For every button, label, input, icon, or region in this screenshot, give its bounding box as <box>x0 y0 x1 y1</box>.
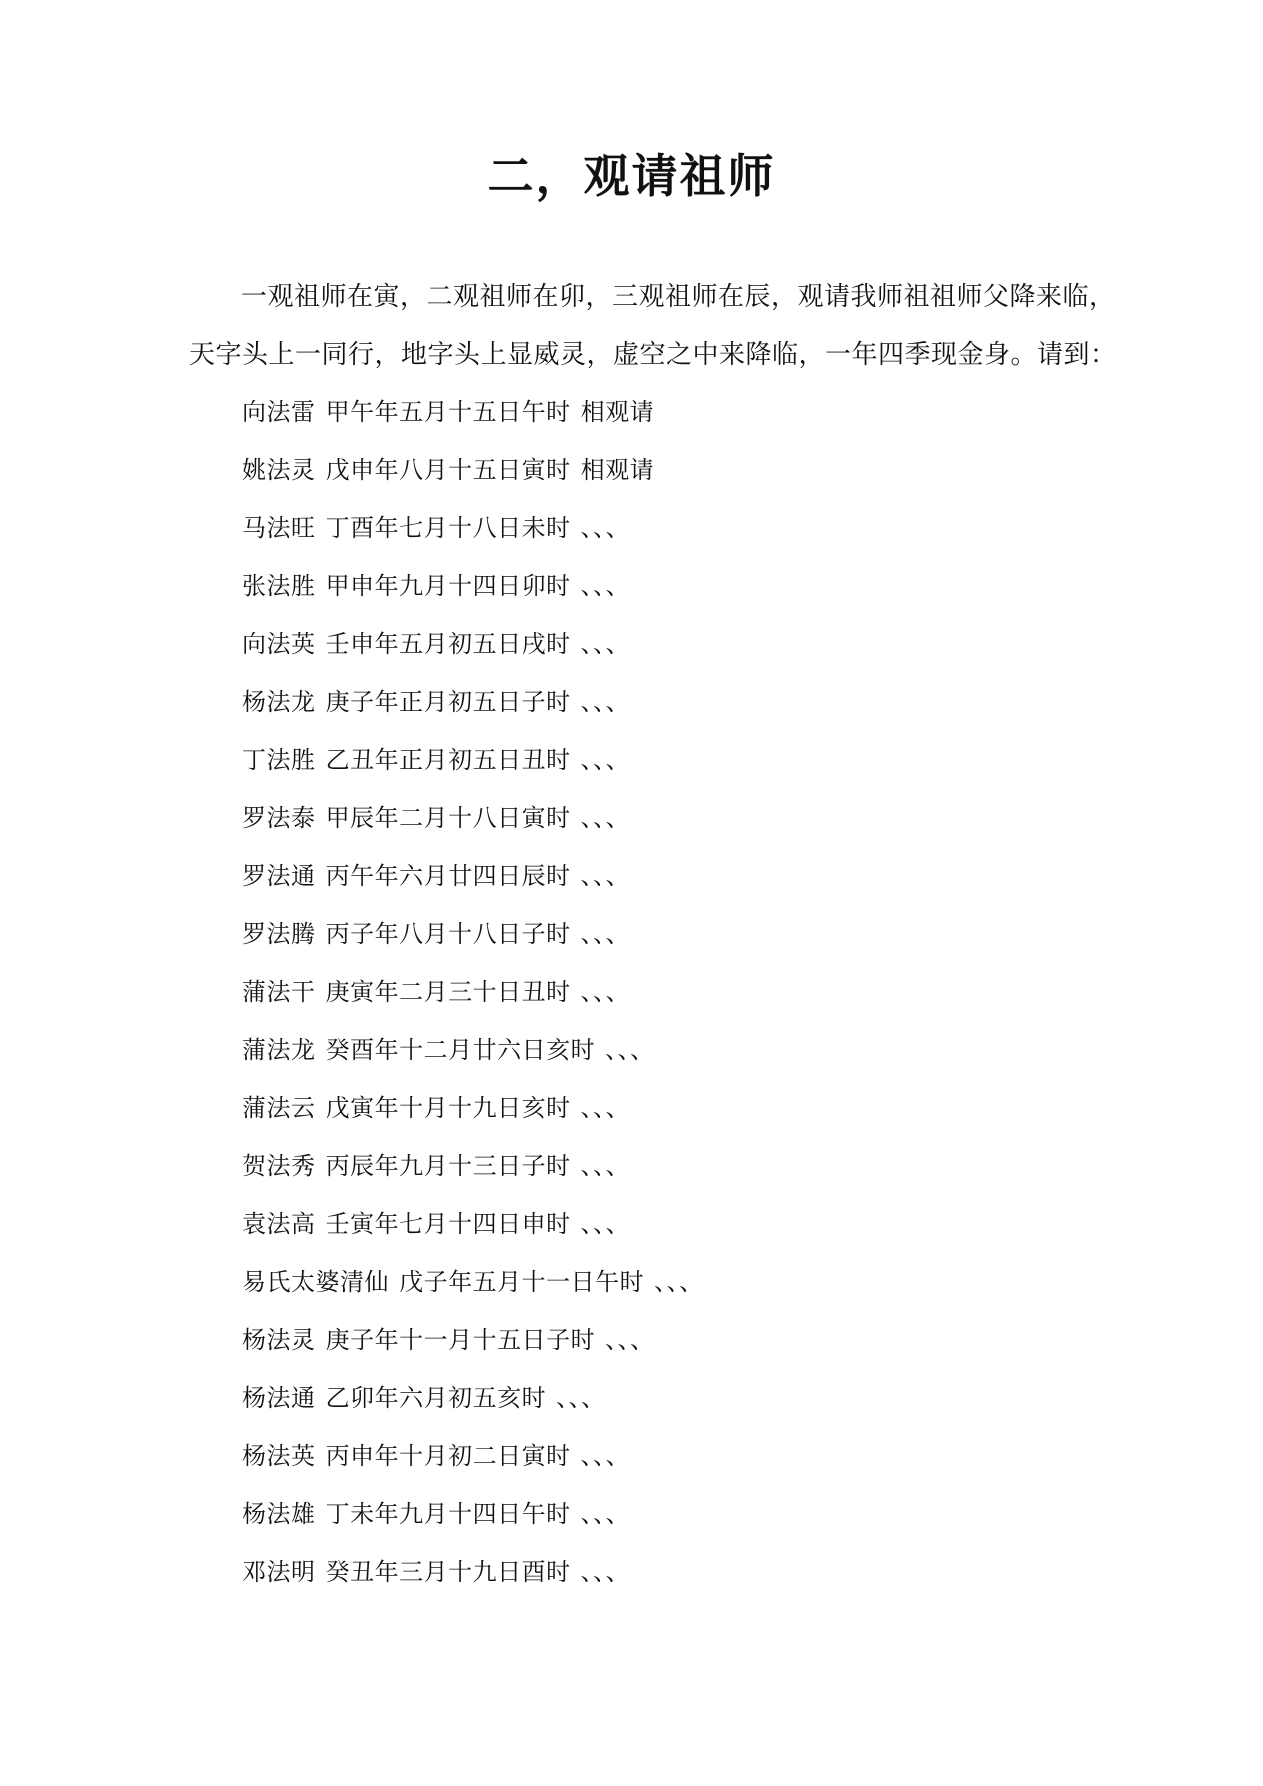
birth-datetime: 乙丑年正月初五日丑时 <box>326 748 571 774</box>
roster-entry: 杨法龙庚子年正月初五日子时、、、 <box>0 674 1263 732</box>
roster-list: 向法雷甲午年五月十五日午时相观请 姚法灵戊申年八月十五日寅时相观请 马法旺丁酉年… <box>0 384 1263 1602</box>
birth-datetime: 癸酉年十二月廿六日亥时 <box>326 1038 596 1064</box>
person-name: 杨法通 <box>242 1386 316 1412</box>
entry-note: 、、、 <box>581 922 631 948</box>
person-name: 罗法通 <box>242 864 316 890</box>
birth-datetime: 丙辰年九月十三日子时 <box>326 1154 571 1180</box>
roster-entry: 向法雷甲午年五月十五日午时相观请 <box>0 384 1263 442</box>
entry-note: 、、、 <box>581 1560 631 1586</box>
person-name: 易氏太婆清仙 <box>242 1270 389 1296</box>
person-name: 丁法胜 <box>242 748 316 774</box>
entry-note: 、、、 <box>581 806 631 832</box>
paragraph-line: 一观祖师在寅，二观祖师在卯，三观祖师在辰，观请我师祖祖师父降来临， <box>0 268 1263 326</box>
person-name: 杨法灵 <box>242 1328 316 1354</box>
person-name: 姚法灵 <box>242 458 316 484</box>
birth-datetime: 丙午年六月廿四日辰时 <box>326 864 571 890</box>
person-name: 罗法腾 <box>242 922 316 948</box>
birth-datetime: 丙子年八月十八日子时 <box>326 922 571 948</box>
person-name: 蒲法龙 <box>242 1038 316 1064</box>
birth-datetime: 甲申年九月十四日卯时 <box>326 574 571 600</box>
roster-entry: 罗法泰甲辰年二月十八日寅时、、、 <box>0 790 1263 848</box>
entry-note: 、、、 <box>605 1038 655 1064</box>
entry-note: 、、、 <box>581 1212 631 1238</box>
birth-datetime: 甲午年五月十五日午时 <box>326 400 571 426</box>
person-name: 向法雷 <box>242 400 316 426</box>
page-title: 二，观请祖师 <box>0 0 1263 212</box>
entry-note: 、、、 <box>581 1096 631 1122</box>
roster-entry: 袁法高壬寅年七月十四日申时、、、 <box>0 1196 1263 1254</box>
birth-datetime: 戊子年五月十一日午时 <box>399 1270 644 1296</box>
birth-datetime: 丙申年十月初二日寅时 <box>326 1444 571 1470</box>
roster-entry: 杨法灵庚子年十一月十五日子时、、、 <box>0 1312 1263 1370</box>
birth-datetime: 甲辰年二月十八日寅时 <box>326 806 571 832</box>
entry-note: 、、、 <box>654 1270 704 1296</box>
entry-note: 、、、 <box>581 632 631 658</box>
person-name: 贺法秀 <box>242 1154 316 1180</box>
person-name: 杨法英 <box>242 1444 316 1470</box>
roster-entry: 马法旺丁酉年七月十八日未时、、、 <box>0 500 1263 558</box>
entry-note: 、、、 <box>605 1328 655 1354</box>
birth-datetime: 丁未年九月十四日午时 <box>326 1502 571 1528</box>
entry-note: 、、、 <box>581 864 631 890</box>
roster-entry: 丁法胜乙丑年正月初五日丑时、、、 <box>0 732 1263 790</box>
person-name: 蒲法干 <box>242 980 316 1006</box>
person-name: 马法旺 <box>242 516 316 542</box>
roster-entry: 邓法明癸丑年三月十九日酉时、、、 <box>0 1544 1263 1602</box>
birth-datetime: 庚子年十一月十五日子时 <box>326 1328 596 1354</box>
person-name: 罗法泰 <box>242 806 316 832</box>
roster-entry: 易氏太婆清仙戊子年五月十一日午时、、、 <box>0 1254 1263 1312</box>
birth-datetime: 壬寅年七月十四日申时 <box>326 1212 571 1238</box>
entry-note: 、、、 <box>581 980 631 1006</box>
birth-datetime: 庚寅年二月三十日丑时 <box>326 980 571 1006</box>
roster-entry: 杨法通乙卯年六月初五亥时、、、 <box>0 1370 1263 1428</box>
person-name: 蒲法云 <box>242 1096 316 1122</box>
person-name: 杨法雄 <box>242 1502 316 1528</box>
entry-note: 、、、 <box>581 574 631 600</box>
entry-note: 相观请 <box>581 458 655 484</box>
roster-entry: 蒲法干庚寅年二月三十日丑时、、、 <box>0 964 1263 1022</box>
paragraph-line: 天字头上一同行，地字头上显威灵，虚空之中来降临，一年四季现金身。请到： <box>0 326 1263 384</box>
person-name: 邓法明 <box>242 1560 316 1586</box>
roster-entry: 蒲法云戊寅年十月十九日亥时、、、 <box>0 1080 1263 1138</box>
entry-note: 、、、 <box>581 1444 631 1470</box>
birth-datetime: 庚子年正月初五日子时 <box>326 690 571 716</box>
entry-note: 、、、 <box>581 748 631 774</box>
birth-datetime: 乙卯年六月初五亥时 <box>326 1386 547 1412</box>
entry-note: 、、、 <box>581 1502 631 1528</box>
birth-datetime: 壬申年五月初五日戌时 <box>326 632 571 658</box>
birth-datetime: 癸丑年三月十九日酉时 <box>326 1560 571 1586</box>
person-name: 张法胜 <box>242 574 316 600</box>
roster-entry: 杨法英丙申年十月初二日寅时、、、 <box>0 1428 1263 1486</box>
birth-datetime: 戊申年八月十五日寅时 <box>326 458 571 484</box>
invocation-paragraph: 一观祖师在寅，二观祖师在卯，三观祖师在辰，观请我师祖祖师父降来临， 天字头上一同… <box>0 268 1263 384</box>
entry-note: 、、、 <box>581 690 631 716</box>
roster-entry: 罗法腾丙子年八月十八日子时、、、 <box>0 906 1263 964</box>
person-name: 向法英 <box>242 632 316 658</box>
roster-entry: 贺法秀丙辰年九月十三日子时、、、 <box>0 1138 1263 1196</box>
roster-entry: 张法胜甲申年九月十四日卯时、、、 <box>0 558 1263 616</box>
roster-entry: 姚法灵戊申年八月十五日寅时相观请 <box>0 442 1263 500</box>
entry-note: 、、、 <box>581 516 631 542</box>
entry-note: 、、、 <box>556 1386 606 1412</box>
document-page: 二，观请祖师 一观祖师在寅，二观祖师在卯，三观祖师在辰，观请我师祖祖师父降来临，… <box>0 0 1263 1786</box>
birth-datetime: 戊寅年十月十九日亥时 <box>326 1096 571 1122</box>
roster-entry: 罗法通丙午年六月廿四日辰时、、、 <box>0 848 1263 906</box>
roster-entry: 杨法雄丁未年九月十四日午时、、、 <box>0 1486 1263 1544</box>
entry-note: 、、、 <box>581 1154 631 1180</box>
person-name: 袁法高 <box>242 1212 316 1238</box>
roster-entry: 蒲法龙癸酉年十二月廿六日亥时、、、 <box>0 1022 1263 1080</box>
person-name: 杨法龙 <box>242 690 316 716</box>
roster-entry: 向法英壬申年五月初五日戌时、、、 <box>0 616 1263 674</box>
entry-note: 相观请 <box>581 400 655 426</box>
birth-datetime: 丁酉年七月十八日未时 <box>326 516 571 542</box>
